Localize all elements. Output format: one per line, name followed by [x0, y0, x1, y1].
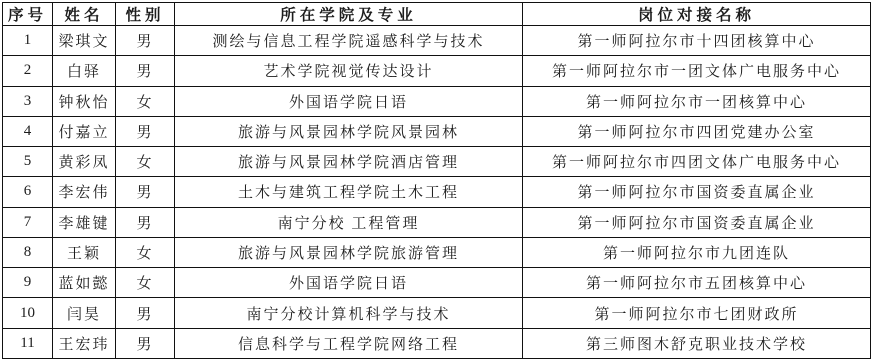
cell-no: 8	[3, 237, 53, 267]
cell-gender: 女	[116, 237, 175, 267]
table-row: 11 王宏玮 男 信息科学与工程学院网络工程 第三师图木舒克职业技术学校	[3, 328, 871, 358]
cell-no: 5	[3, 147, 53, 177]
table-row: 4 付嘉立 男 旅游与风景园林学院风景园林 第一师阿拉尔市四团党建办公室	[3, 116, 871, 146]
table-row: 3 钟秋怡 女 外国语学院日语 第一师阿拉尔市一团核算中心	[3, 86, 871, 116]
cell-position: 第一师阿拉尔市九团连队	[523, 237, 871, 267]
cell-college-major: 信息科学与工程学院网络工程	[175, 328, 523, 358]
cell-position: 第一师阿拉尔市国资委直属企业	[523, 207, 871, 237]
document-page: 序号 姓名 性别 所在学院及专业 岗位对接名称 1 梁琪文 男 测绘与信息工程学…	[0, 0, 872, 361]
cell-no: 1	[3, 26, 53, 56]
cell-no: 3	[3, 86, 53, 116]
cell-no: 11	[3, 328, 53, 358]
cell-gender: 男	[116, 207, 175, 237]
cell-gender: 男	[116, 56, 175, 86]
cell-position: 第一师阿拉尔市十四团核算中心	[523, 26, 871, 56]
cell-college-major: 外国语学院日语	[175, 86, 523, 116]
cell-gender: 男	[116, 26, 175, 56]
cell-name: 付嘉立	[53, 116, 116, 146]
placement-roster-table: 序号 姓名 性别 所在学院及专业 岗位对接名称 1 梁琪文 男 测绘与信息工程学…	[2, 2, 871, 359]
cell-name: 李宏伟	[53, 177, 116, 207]
table-row: 8 王颖 女 旅游与风景园林学院旅游管理 第一师阿拉尔市九团连队	[3, 237, 871, 267]
cell-position: 第一师阿拉尔市七团财政所	[523, 298, 871, 328]
table-row: 1 梁琪文 男 测绘与信息工程学院遥感科学与技术 第一师阿拉尔市十四团核算中心	[3, 26, 871, 56]
cell-college-major: 测绘与信息工程学院遥感科学与技术	[175, 26, 523, 56]
header-cell-gender: 性别	[116, 3, 175, 26]
cell-name: 王宏玮	[53, 328, 116, 358]
cell-name: 梁琪文	[53, 26, 116, 56]
cell-name: 白驿	[53, 56, 116, 86]
header-cell-position: 岗位对接名称	[523, 3, 871, 26]
cell-position: 第一师阿拉尔市一团核算中心	[523, 86, 871, 116]
header-cell-no: 序号	[3, 3, 53, 26]
cell-gender: 女	[116, 268, 175, 298]
cell-name: 钟秋怡	[53, 86, 116, 116]
cell-name: 黄彩凤	[53, 147, 116, 177]
cell-gender: 男	[116, 116, 175, 146]
cell-position: 第一师阿拉尔市一团文体广电服务中心	[523, 56, 871, 86]
cell-name: 李雄键	[53, 207, 116, 237]
header-cell-name: 姓名	[53, 3, 116, 26]
table-row: 7 李雄键 男 南宁分校 工程管理 第一师阿拉尔市国资委直属企业	[3, 207, 871, 237]
cell-gender: 女	[116, 147, 175, 177]
cell-college-major: 旅游与风景园林学院风景园林	[175, 116, 523, 146]
cell-name: 王颖	[53, 237, 116, 267]
cell-position: 第一师阿拉尔市四团党建办公室	[523, 116, 871, 146]
cell-position: 第三师图木舒克职业技术学校	[523, 328, 871, 358]
cell-no: 2	[3, 56, 53, 86]
cell-college-major: 南宁分校计算机科学与技术	[175, 298, 523, 328]
cell-gender: 男	[116, 328, 175, 358]
cell-name: 蓝如懿	[53, 268, 116, 298]
cell-position: 第一师阿拉尔市国资委直属企业	[523, 177, 871, 207]
cell-college-major: 艺术学院视觉传达设计	[175, 56, 523, 86]
cell-college-major: 南宁分校 工程管理	[175, 207, 523, 237]
header-row: 序号 姓名 性别 所在学院及专业 岗位对接名称	[3, 3, 871, 26]
header-cell-college-major: 所在学院及专业	[175, 3, 523, 26]
cell-gender: 女	[116, 86, 175, 116]
cell-college-major: 旅游与风景园林学院酒店管理	[175, 147, 523, 177]
cell-college-major: 土木与建筑工程学院土木工程	[175, 177, 523, 207]
cell-no: 9	[3, 268, 53, 298]
cell-college-major: 旅游与风景园林学院旅游管理	[175, 237, 523, 267]
table-row: 10 闫昊 男 南宁分校计算机科学与技术 第一师阿拉尔市七团财政所	[3, 298, 871, 328]
cell-no: 7	[3, 207, 53, 237]
table-row: 5 黄彩凤 女 旅游与风景园林学院酒店管理 第一师阿拉尔市四团文体广电服务中心	[3, 147, 871, 177]
table-row: 2 白驿 男 艺术学院视觉传达设计 第一师阿拉尔市一团文体广电服务中心	[3, 56, 871, 86]
cell-name: 闫昊	[53, 298, 116, 328]
cell-no: 6	[3, 177, 53, 207]
cell-no: 4	[3, 116, 53, 146]
cell-no: 10	[3, 298, 53, 328]
table-row: 9 蓝如懿 女 外国语学院日语 第一师阿拉尔市五团核算中心	[3, 268, 871, 298]
cell-gender: 男	[116, 298, 175, 328]
cell-gender: 男	[116, 177, 175, 207]
cell-position: 第一师阿拉尔市四团文体广电服务中心	[523, 147, 871, 177]
cell-position: 第一师阿拉尔市五团核算中心	[523, 268, 871, 298]
cell-college-major: 外国语学院日语	[175, 268, 523, 298]
table-row: 6 李宏伟 男 土木与建筑工程学院土木工程 第一师阿拉尔市国资委直属企业	[3, 177, 871, 207]
